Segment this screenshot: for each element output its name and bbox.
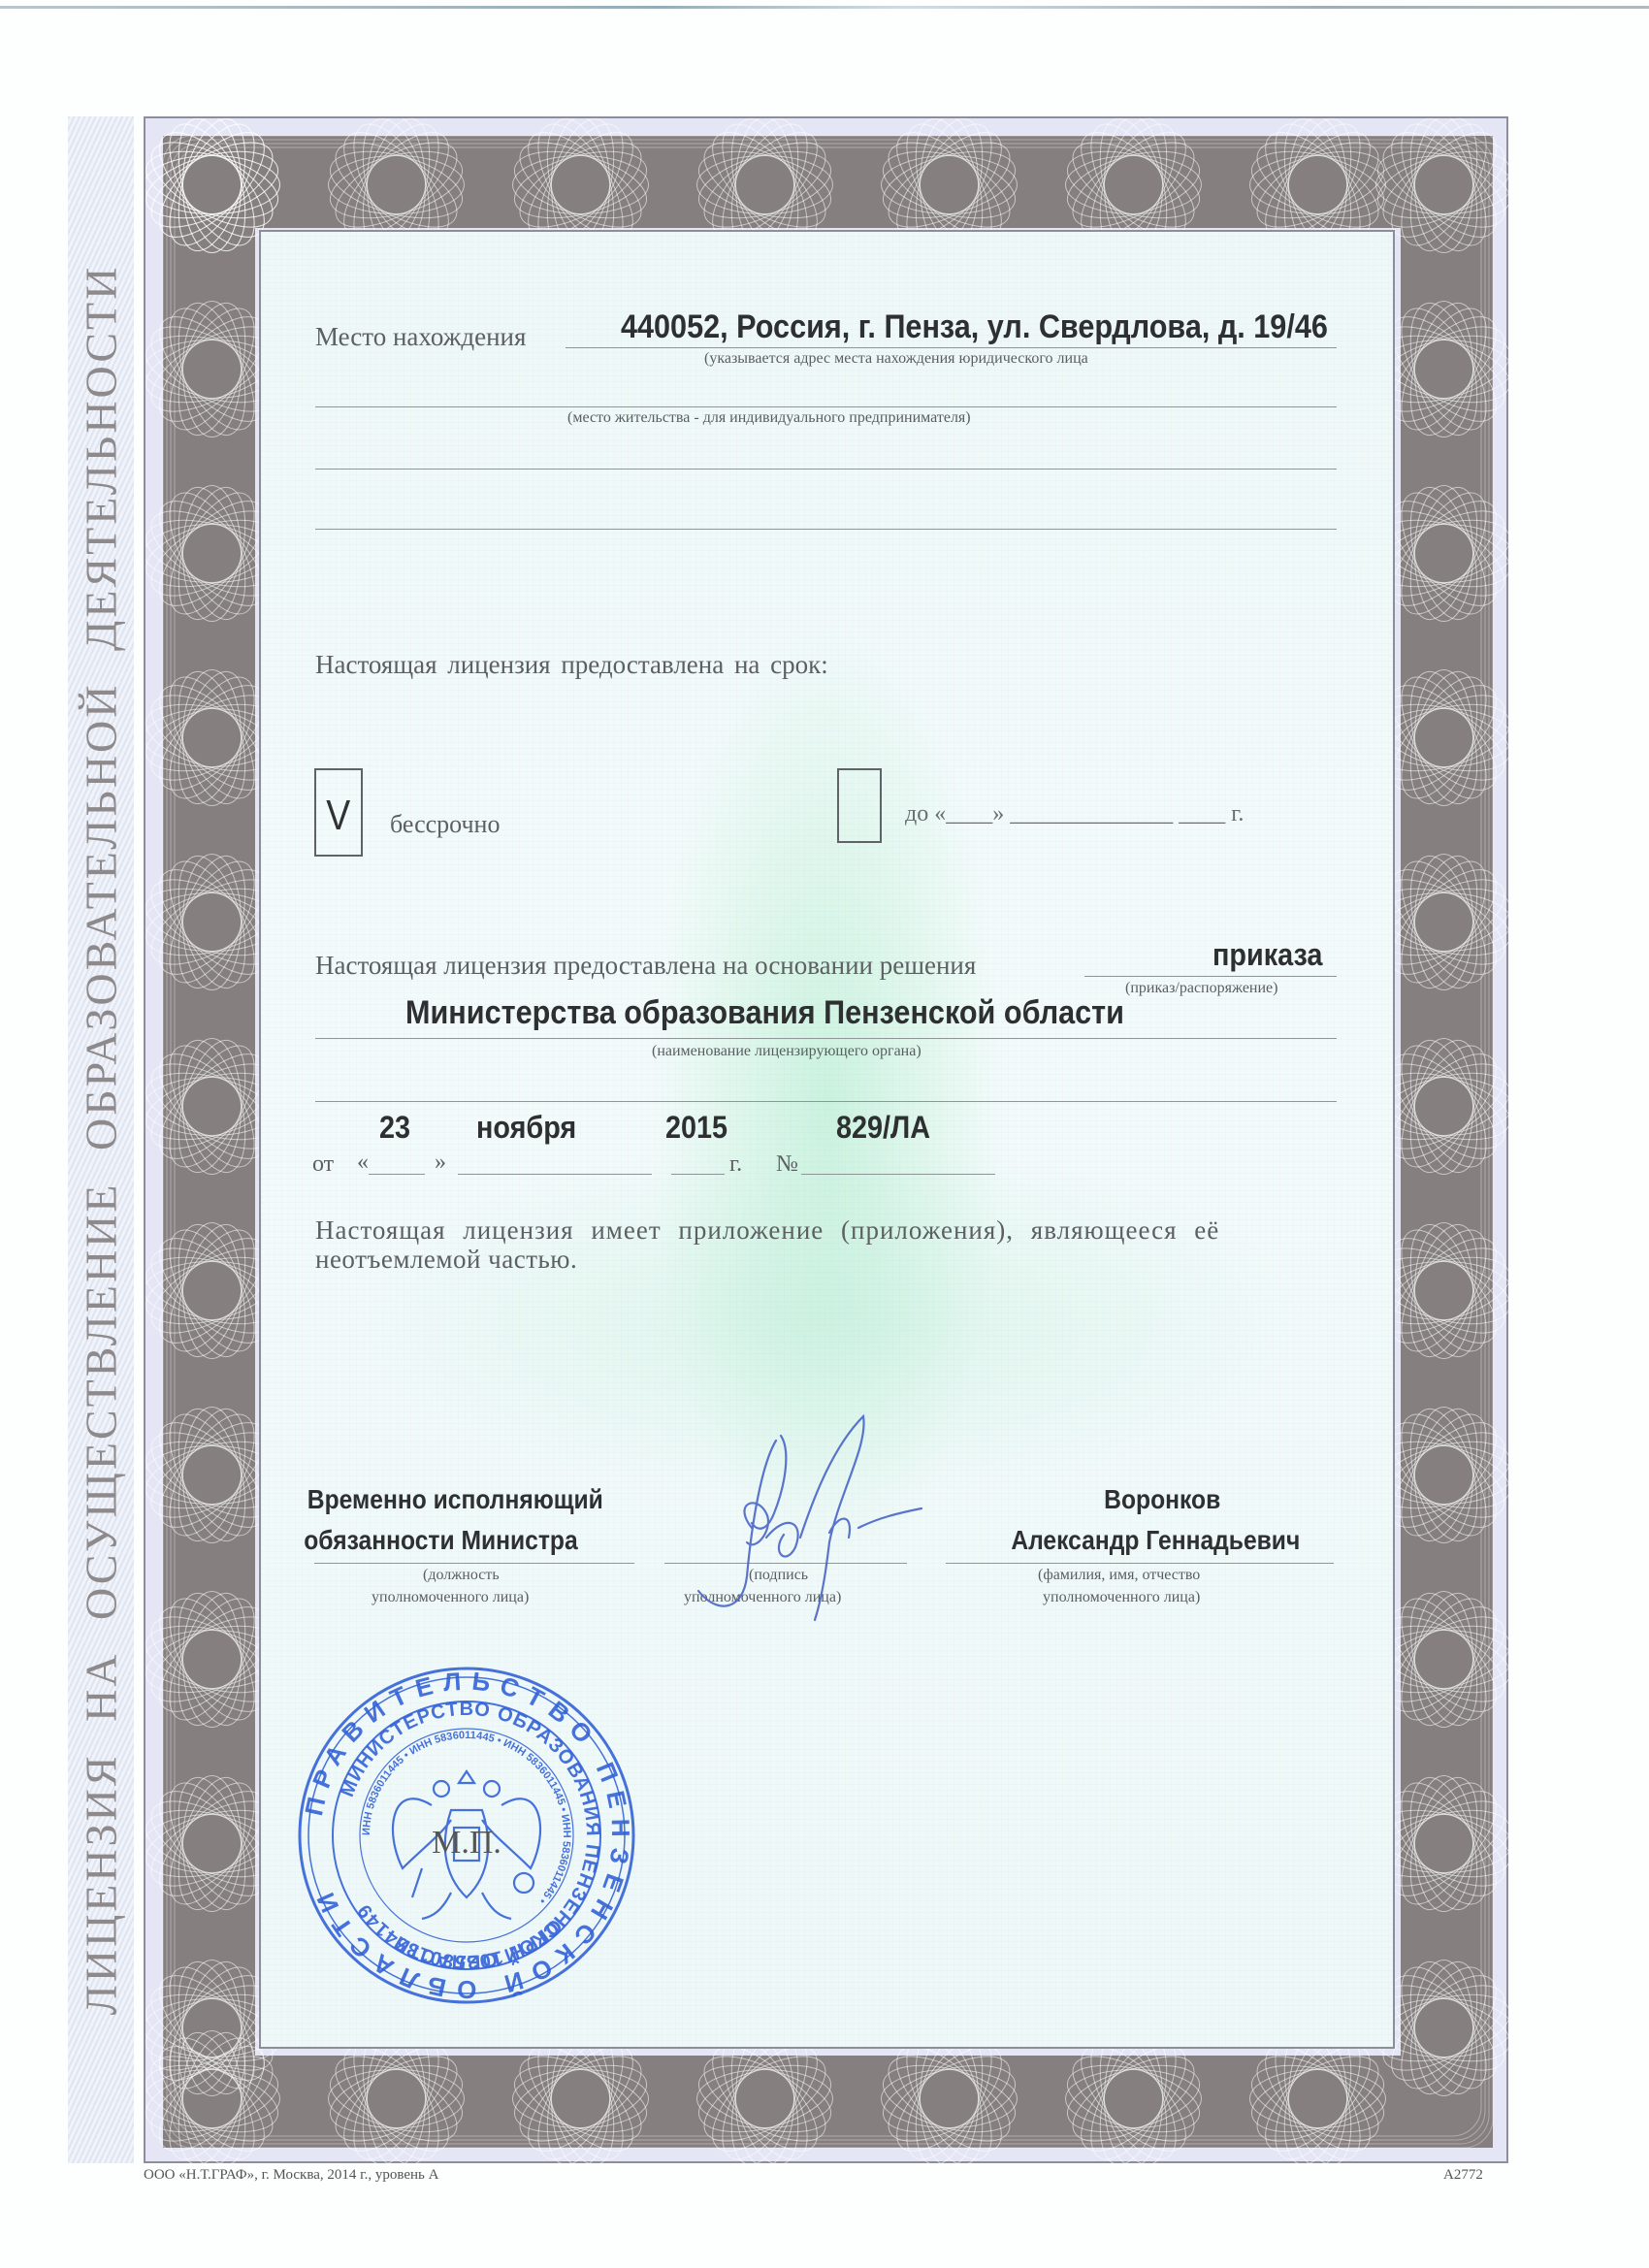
name-line1: Воронков — [1104, 1484, 1220, 1515]
decision-type-underline — [1084, 976, 1337, 977]
month-underline — [458, 1174, 652, 1175]
position-line1: Временно исполняющий — [307, 1484, 603, 1515]
order-number: 829/ЛА — [836, 1110, 930, 1146]
location-value: 440052, Россия, г. Пенза, ул. Свердлова,… — [621, 308, 1328, 346]
printer-imprint: ООО «Н.Т.ГРАФ», г. Москва, 2014 г., уров… — [144, 2167, 438, 2184]
open-quote: « — [357, 1150, 369, 1176]
until-date-label: до «____» ______________ ____ г. — [905, 801, 1244, 827]
year-suffix: г. — [729, 1151, 742, 1178]
decision-type-value: приказа — [1212, 937, 1322, 973]
series-number: А2772 — [1443, 2167, 1483, 2184]
name-line2: Александр Геннадьевич — [1011, 1525, 1300, 1556]
appendix-note-line1: Настоящая лицензия имеет приложение (при… — [315, 1215, 1337, 1246]
decision-type-caption: (приказ/распоряжение) — [1125, 980, 1277, 997]
year-underline — [671, 1174, 725, 1175]
position-caption-1: (должность — [423, 1567, 500, 1584]
svg-text:М.П.: М.П. — [432, 1825, 501, 1861]
position-line2: обязанности Министра — [304, 1525, 577, 1556]
location-line-4 — [315, 529, 1337, 530]
number-underline — [801, 1174, 995, 1175]
term-label: Настоящая лицензия предоставлена на срок… — [315, 650, 828, 680]
scan-edge-line — [0, 6, 1649, 9]
check-mark-icon: V — [326, 792, 350, 840]
indefinite-checkbox[interactable]: V — [314, 768, 363, 857]
location-caption-legal: (указывается адрес места нахождения юрид… — [704, 350, 1088, 368]
authority-line-2 — [315, 1101, 1337, 1102]
indefinite-label: бессрочно — [390, 810, 500, 839]
close-quote: » — [435, 1150, 446, 1176]
basis-label: Настоящая лицензия предоставлена на осно… — [315, 951, 976, 981]
day-underline — [369, 1174, 425, 1175]
until-date-checkbox[interactable] — [837, 768, 882, 843]
handwritten-signature-icon — [660, 1407, 931, 1649]
official-stamp-icon: ПРАВИТЕЛЬСТВО ПЕНЗЕНСКОЙ ОБЛАСТИ МИНИСТЕ… — [296, 1665, 637, 2006]
position-underline — [314, 1563, 634, 1564]
location-line-2 — [315, 406, 1337, 407]
location-label: Место нахождения — [315, 322, 526, 352]
position-caption-2: уполномоченного лица) — [372, 1589, 529, 1606]
name-underline — [946, 1563, 1334, 1564]
number-sign: № — [776, 1151, 798, 1178]
authority-caption: (наименование лицензирующего органа) — [652, 1043, 921, 1060]
name-caption-1: (фамилия, имя, отчество — [1038, 1567, 1200, 1584]
location-caption-individual: (место жительства - для индивидуального … — [567, 409, 971, 427]
order-year: 2015 — [665, 1110, 727, 1146]
order-month: ноября — [476, 1110, 576, 1146]
order-day: 23 — [379, 1110, 410, 1146]
svg-text:ИНН 5836011445 • ИНН 583601144: ИНН 5836011445 • ИНН 5836011445 • ИНН 58… — [361, 1730, 572, 1906]
location-underline — [566, 347, 1337, 348]
authority-underline — [315, 1038, 1337, 1039]
authority-value: Министерства образования Пензенской обла… — [405, 994, 1124, 1032]
appendix-note-line2: неотъемлемой частью. — [315, 1245, 577, 1275]
name-caption-2: уполномоченного лица) — [1043, 1589, 1200, 1606]
date-prefix: от — [312, 1151, 334, 1178]
location-line-3 — [315, 469, 1337, 470]
side-title: ЛИЦЕНЗИЯ НА ОСУЩЕСТВЛЕНИЕ ОБРАЗОВАТЕЛЬНО… — [76, 265, 127, 2016]
